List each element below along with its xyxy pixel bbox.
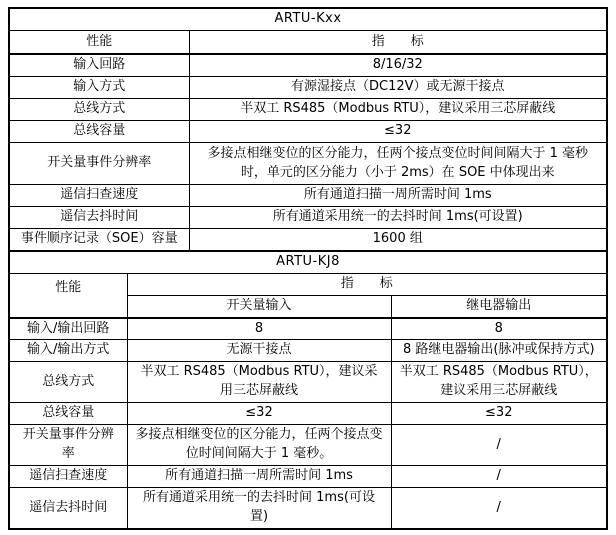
spec-label: 遥信去抖时间 xyxy=(10,487,127,528)
table-row: 总线容量 ≤32 ≤32 xyxy=(10,403,606,425)
table1-header-indicator: 指 标 xyxy=(189,30,606,54)
spec-value: 半双工 RS485（Modbus RTU），建议采用三芯屏蔽线 xyxy=(189,99,606,121)
spec-label: 总线方式 xyxy=(10,362,127,403)
spec-label: 事件顺序记录（SOE）容量 xyxy=(10,229,189,251)
spec-label: 遥信去抖时间 xyxy=(10,207,189,229)
spec-label: 输入/输出回路 xyxy=(10,318,127,340)
table1-header-performance: 性能 xyxy=(10,30,189,54)
spec-label: 总线容量 xyxy=(10,403,127,425)
spec-label: 总线方式 xyxy=(10,99,189,121)
table-header-row: 性能 指 标 xyxy=(10,30,606,54)
spec-value: 有源湿接点（DC12V）或无源干接点 xyxy=(189,77,606,99)
spec-value-output: / xyxy=(391,487,606,528)
table-row: 遥信去抖时间 所有通道采用统一的去抖时间 1ms(可设置) / xyxy=(10,487,606,528)
table2-header-indicator: 指 标 xyxy=(127,273,606,295)
table-row: 遥信扫查速度 所有通道扫描一周所需时间 1ms / xyxy=(10,466,606,488)
artu-kj8-spec-table: ARTU-KJ8 性能 指 标 开关量输入 继电器输出 输入/输出回路 8 8 … xyxy=(10,252,606,528)
spec-value-output: ≤32 xyxy=(391,403,606,425)
spec-value-input: 无源干接点 xyxy=(127,340,391,362)
spec-label: 输入回路 xyxy=(10,54,189,76)
spec-tables-frame: ARTU-Kxx 性能 指 标 输入回路 8/16/32 输入方式 有源湿接点（… xyxy=(8,7,608,530)
table-row: 总线方式 半双工 RS485（Modbus RTU），建议采用三芯屏蔽线 半双工… xyxy=(10,362,606,403)
spec-value-output: 8 xyxy=(391,318,606,340)
spec-value: 多接点相继变位的区分能力，任两个接点变位时间间隔大于 1 毫秒时，单元的区分能力… xyxy=(189,143,606,185)
artu-kxx-spec-table: ARTU-Kxx 性能 指 标 输入回路 8/16/32 输入方式 有源湿接点（… xyxy=(10,9,606,252)
spec-label: 开关量事件分辨率 xyxy=(10,143,189,185)
spec-value-output: / xyxy=(391,466,606,488)
table-row: 输入方式 有源湿接点（DC12V）或无源干接点 xyxy=(10,77,606,99)
spec-label: 总线容量 xyxy=(10,121,189,143)
table-title-row: ARTU-Kxx xyxy=(10,9,606,30)
table-row: 遥信去抖时间 所有通道采用统一的去抖时间 1ms(可设置) xyxy=(10,207,606,229)
spec-value: 所有通道采用统一的去抖时间 1ms(可设置) xyxy=(189,207,606,229)
table2-header-input-column: 开关量输入 xyxy=(127,295,391,317)
table-row: 总线方式 半双工 RS485（Modbus RTU），建议采用三芯屏蔽线 xyxy=(10,99,606,121)
spec-value-input: 多接点相继变位的区分能力，任两个接点变位时间间隔大于 1 毫秒。 xyxy=(127,425,391,466)
table-row: 输入/输出回路 8 8 xyxy=(10,318,606,340)
spec-value: 所有通道扫描一周所需时间 1ms xyxy=(189,185,606,207)
spec-label: 遥信扫查速度 xyxy=(10,185,189,207)
table-header-row: 性能 指 标 xyxy=(10,273,606,295)
table-row: 开关量事件分辨率 多接点相继变位的区分能力，任两个接点变位时间间隔大于 1 毫秒… xyxy=(10,143,606,185)
table-row: 事件顺序记录（SOE）容量 1600 组 xyxy=(10,229,606,251)
spec-value-output: 8 路继电器输出(脉冲或保持方式) xyxy=(391,340,606,362)
spec-value: 1600 组 xyxy=(189,229,606,251)
spec-value-input: 所有通道扫描一周所需时间 1ms xyxy=(127,466,391,488)
table-title-row: ARTU-KJ8 xyxy=(10,252,606,273)
table1-title: ARTU-Kxx xyxy=(10,9,606,30)
spec-label: 遥信扫查速度 xyxy=(10,466,127,488)
table-row: 开关量事件分辨率 多接点相继变位的区分能力，任两个接点变位时间间隔大于 1 毫秒… xyxy=(10,425,606,466)
table2-header-performance: 性能 xyxy=(10,273,127,317)
document-page: ARTU-Kxx 性能 指 标 输入回路 8/16/32 输入方式 有源湿接点（… xyxy=(0,0,616,535)
spec-label: 输入方式 xyxy=(10,77,189,99)
spec-value-input: ≤32 xyxy=(127,403,391,425)
table-row: 输入/输出方式 无源干接点 8 路继电器输出(脉冲或保持方式) xyxy=(10,340,606,362)
table-row: 总线容量 ≤32 xyxy=(10,121,606,143)
spec-label: 开关量事件分辨率 xyxy=(10,425,127,466)
spec-value: ≤32 xyxy=(189,121,606,143)
table-row: 输入回路 8/16/32 xyxy=(10,54,606,76)
table2-header-output-column: 继电器输出 xyxy=(391,295,606,317)
spec-value: 8/16/32 xyxy=(189,54,606,76)
spec-value-output: / xyxy=(391,425,606,466)
table-row: 遥信扫查速度 所有通道扫描一周所需时间 1ms xyxy=(10,185,606,207)
spec-label: 输入/输出方式 xyxy=(10,340,127,362)
spec-value-input: 半双工 RS485（Modbus RTU），建议采用三芯屏蔽线 xyxy=(127,362,391,403)
spec-value-input: 所有通道采用统一的去抖时间 1ms(可设置) xyxy=(127,487,391,528)
table2-title: ARTU-KJ8 xyxy=(10,252,606,273)
spec-value-output: 半双工 RS485（Modbus RTU），建议采用三芯屏蔽线 xyxy=(391,362,606,403)
spec-value-input: 8 xyxy=(127,318,391,340)
